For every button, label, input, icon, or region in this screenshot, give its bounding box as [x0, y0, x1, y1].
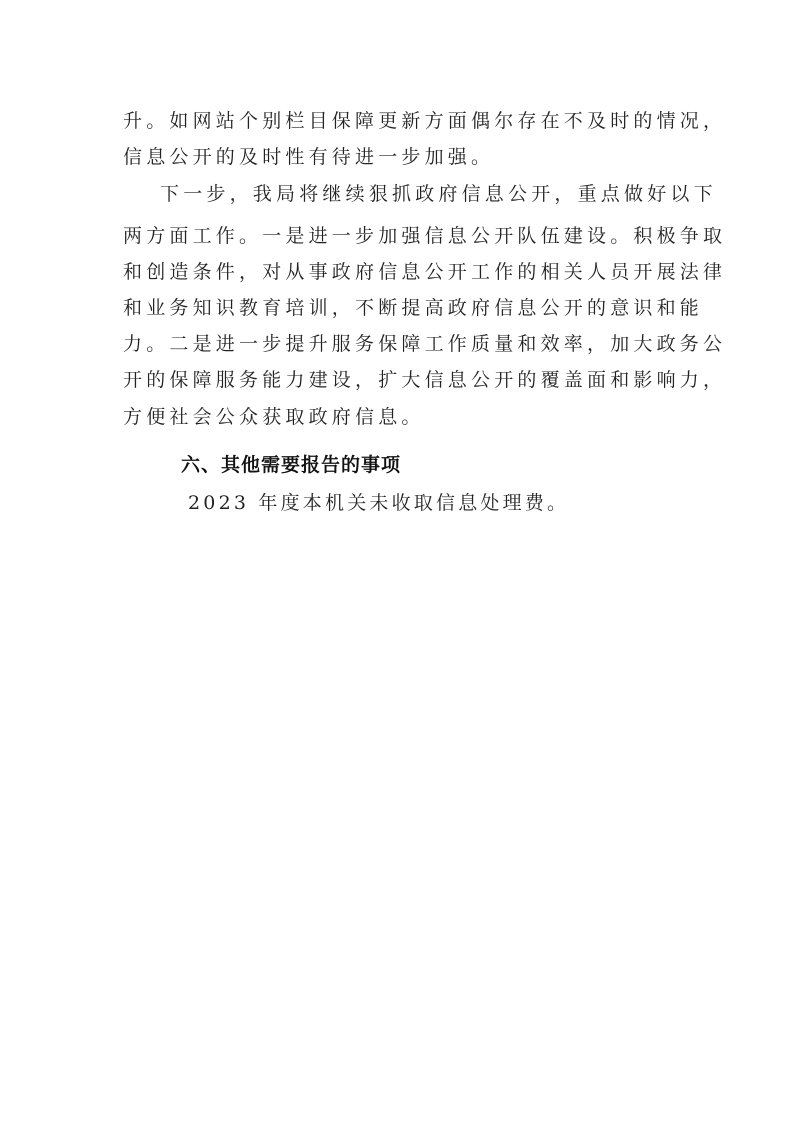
paragraph-line: 信息公开的及时性有待进一步加强。 — [123, 143, 668, 171]
paragraph-line: 和业务知识教育培训，不断提高政府信息公开的意识和能 — [123, 294, 668, 322]
paragraph-line: 和创造条件，对从事政府信息公开工作的相关人员开展法律 — [123, 258, 668, 286]
document-page: 升。如网站个别栏目保障更新方面偶尔存在不及时的情况， 信息公开的及时性有待进一步… — [0, 0, 793, 1122]
section-heading: 六、其他需要报告的事项 — [181, 451, 401, 479]
paragraph-line: 开的保障服务能力建设，扩大信息公开的覆盖面和影响力， — [123, 366, 668, 394]
paragraph-line: 升。如网站个别栏目保障更新方面偶尔存在不及时的情况， — [123, 107, 668, 135]
paragraph-line: 下一步，我局将继续狠抓政府信息公开，重点做好以下 — [160, 180, 705, 208]
section-body: 2023 年度本机关未收取信息处理费。 — [188, 489, 569, 517]
paragraph-line: 方便社会公众获取政府信息。 — [123, 403, 668, 431]
paragraph-line: 两方面工作。一是进一步加强信息公开队伍建设。积极争取 — [123, 222, 668, 250]
paragraph-line: 力。二是进一步提升服务保障工作质量和效率，加大政务公 — [123, 330, 668, 358]
